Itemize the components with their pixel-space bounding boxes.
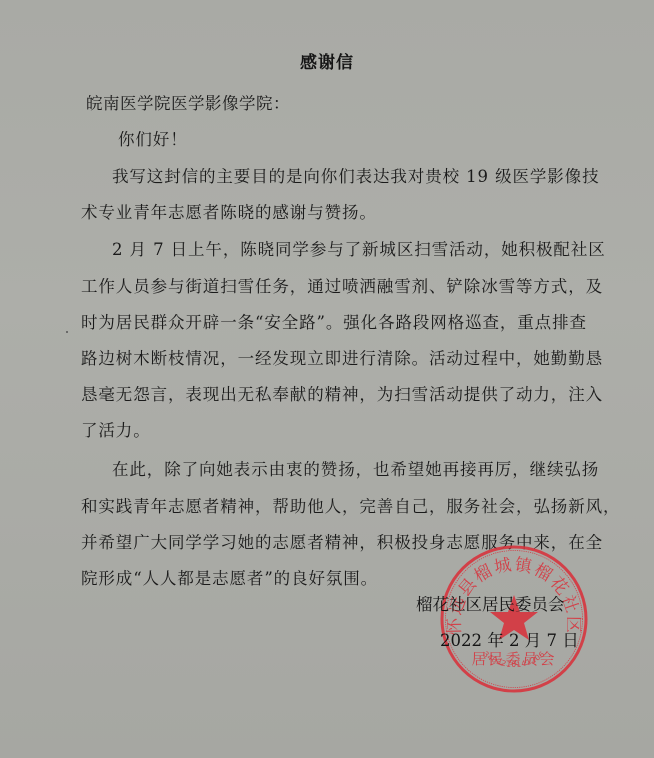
paragraph-2-line-3: 时为居民群众开辟一条“安全路”。强化各路段网格巡查，重点排查 xyxy=(81,309,587,333)
letter-title: 感谢信 xyxy=(0,48,654,73)
paragraph-2-line-6: 了活力。 xyxy=(81,417,151,441)
letter-page: 感谢信 皖南医学院医学影像学院： 你们好！ 我写这封信的主要目的是向你们表达我对… xyxy=(0,0,654,758)
official-seal: 怀远县榴城镇榴花社区 居民委员会 3403210141206 xyxy=(438,543,590,695)
paragraph-2-line-2: 工作人员参与街道扫雪任务，通过喷洒融雪剂、铲除冰雪等方式，及 xyxy=(81,273,603,297)
paragraph-1-line-2: 术专业青年志愿者陈晓的感谢与赞扬。 xyxy=(81,199,377,223)
paragraph-2-line-5: 恳毫无怨言，表现出无私奉献的精神，为扫雪活动提供了动力，注入 xyxy=(81,381,603,405)
greeting: 你们好！ xyxy=(118,126,188,150)
salutation: 皖南医学院医学影像学院： xyxy=(86,90,290,114)
signature-date: 2022 年 2 月 7 日 xyxy=(440,627,579,651)
paragraph-3-line-2: 和实践青年志愿者精神，帮助他人，完善自己，服务社会，弘扬新风， xyxy=(81,493,620,517)
paragraph-3-line-1: 在此，除了向她表示由衷的赞扬，也希望她再接再厉，继续弘扬 xyxy=(112,456,599,480)
signature-organization: 榴花社区居民委员会 xyxy=(416,591,565,615)
paragraph-1-line-1: 我写这封信的主要目的是向你们表达我对贵校 19 级医学影像技 xyxy=(112,163,600,187)
paragraph-2-line-1: 2 月 7 日上午，陈晓同学参与了新城区扫雪活动，她积极配社区 xyxy=(112,236,606,260)
paragraph-3-line-4: 院形成“人人都是志愿者”的良好氛围。 xyxy=(81,565,378,589)
paragraph-2-line-4: 路边树木断枝情况，一经发现立即进行清除。活动过程中，她勤勤恳 xyxy=(81,345,603,369)
paper-speck xyxy=(66,331,68,333)
